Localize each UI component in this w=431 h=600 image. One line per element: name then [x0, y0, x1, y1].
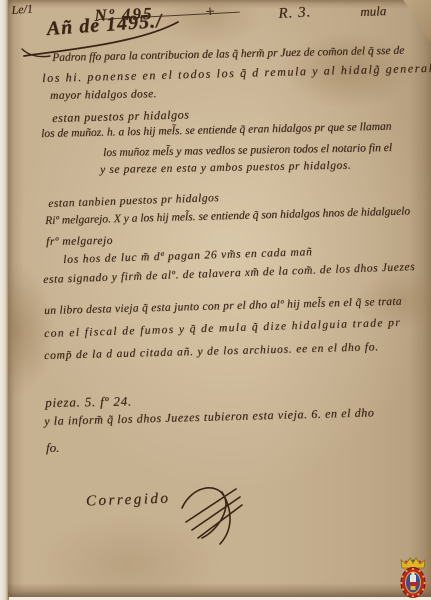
manuscript-line-2: los hi. ponense en el todos los q̃ d rem… — [42, 61, 431, 86]
signature-text: Corregido — [86, 491, 171, 511]
scanned-manuscript-page: Le/1 Nº 495 + R. 3. mula Añ de 1495./ Pa… — [0, 0, 431, 600]
adjacent-folio-edge — [0, 0, 9, 600]
archive-crest-icon — [397, 555, 429, 599]
manuscript-line-15: comp̃ de la d aud citada añ. y de los ar… — [44, 341, 379, 362]
manuscript-line-14: con el fiscal de fumos y q̃ de mula q̃ d… — [44, 317, 401, 340]
manuscript-line-16: pieza. 5. fº 24. — [45, 393, 132, 411]
manuscript-line-4: estan puestos pr hidalgos — [52, 107, 190, 126]
manuscript-line-6: los muñoz mel̃s y mas vedlos se pusieron… — [103, 142, 392, 159]
manuscript-paper: Le/1 Nº 495 + R. 3. mula Añ de 1495./ Pa… — [8, 0, 431, 597]
manuscript-line-7: y se pareze en esta y ambos puestos pr h… — [100, 160, 351, 176]
manuscript-line-3: mayor hidalgos dose. — [50, 88, 157, 102]
signature-rubric-icon — [176, 476, 248, 552]
shelf-mark: R. 3. — [278, 4, 312, 23]
keyword-annotation: mula — [360, 3, 387, 20]
manuscript-line-8: estan tanbien puestos pr hidalgos — [48, 192, 219, 210]
cross-mark: + — [204, 3, 216, 22]
manuscript-line-10: frº melgarejo — [46, 235, 113, 248]
manuscript-line-13: un libro desta vieja q̃ esta junto con p… — [44, 296, 402, 317]
manuscript-line-18: fo. — [46, 440, 59, 456]
manuscript-line-11: los hos de luc m̃ dª pagan 26 vm̃s en ca… — [63, 246, 313, 266]
manuscript-line-9: Riº melgarejo. X y a los hij mel̃s. se e… — [45, 205, 410, 227]
